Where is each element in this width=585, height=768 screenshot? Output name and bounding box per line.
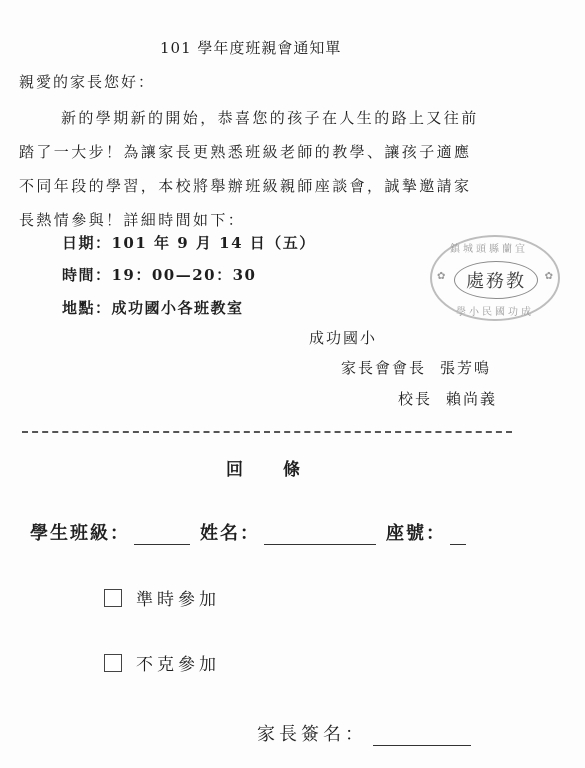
principal-signature: 校長賴尚義 — [398, 388, 497, 409]
greeting: 親愛的家長您好： — [19, 71, 155, 92]
pta-title: 家長會會長 — [341, 359, 426, 377]
stamp-bottom-text: 學小民國功成 — [456, 303, 534, 318]
pta-signature: 家長會會長張芳鳴 — [341, 357, 491, 378]
checkbox-attend[interactable] — [104, 589, 122, 607]
school-name: 成功國小 — [309, 327, 377, 348]
body-paragraph: 新的學期新的開始，恭喜您的孩子在人生的路上又往前 踏了一大步！為讓家長更熟悉班級… — [19, 101, 519, 237]
seat-field[interactable] — [450, 526, 466, 545]
principal-name: 賴尚義 — [446, 390, 497, 408]
document-title: 101 學年度班親會通知單 — [160, 37, 341, 58]
body-line: 不同年段的學習，本校將舉辦班級親師座談會，誠摯邀請家 — [19, 169, 519, 203]
option-attend-label: 準時參加 — [136, 585, 220, 610]
event-time: 時間：19：00—20：30 — [62, 264, 257, 285]
reply-slip-title: 回條 — [226, 455, 340, 480]
principal-title: 校長 — [398, 390, 432, 408]
parent-signature-field[interactable] — [373, 727, 471, 746]
cut-line-divider — [22, 431, 512, 433]
event-date: 日期：101 年 9 月 14 日（五） — [62, 232, 316, 253]
flower-icon: ✿ — [545, 271, 553, 282]
parent-signature-label: 家長簽名： — [257, 720, 367, 746]
stamp-top-text: 鎮城頭縣蘭宜 — [450, 240, 528, 255]
checkbox-decline[interactable] — [104, 654, 122, 672]
seat-label: 座號： — [386, 519, 446, 545]
pta-name: 張芳鳴 — [440, 359, 491, 377]
option-decline-label: 不克參加 — [136, 650, 220, 675]
office-seal-stamp: 鎮城頭縣蘭宜 ✿ 處務教 ✿ 學小民國功成 — [430, 235, 560, 321]
stamp-center: 處務教 — [454, 261, 538, 299]
body-line: 新的學期新的開始，恭喜您的孩子在人生的路上又往前 — [19, 101, 519, 135]
flower-icon: ✿ — [437, 271, 445, 282]
option-decline[interactable]: 不克參加 — [104, 650, 220, 675]
class-field[interactable] — [134, 526, 190, 545]
student-info-row: 學生班級： 姓名： 座號： — [30, 519, 476, 545]
option-attend[interactable]: 準時參加 — [104, 585, 220, 610]
body-line: 踏了一大步！為讓家長更熟悉班級老師的教學、讓孩子適應 — [19, 135, 519, 169]
stamp-center-text: 處務教 — [466, 267, 526, 293]
name-label: 姓名： — [200, 519, 260, 545]
event-location: 地點：成功國小各班教室 — [62, 297, 244, 318]
name-field[interactable] — [264, 526, 376, 545]
class-label: 學生班級： — [30, 519, 130, 545]
parent-signature-row: 家長簽名： — [257, 720, 481, 746]
